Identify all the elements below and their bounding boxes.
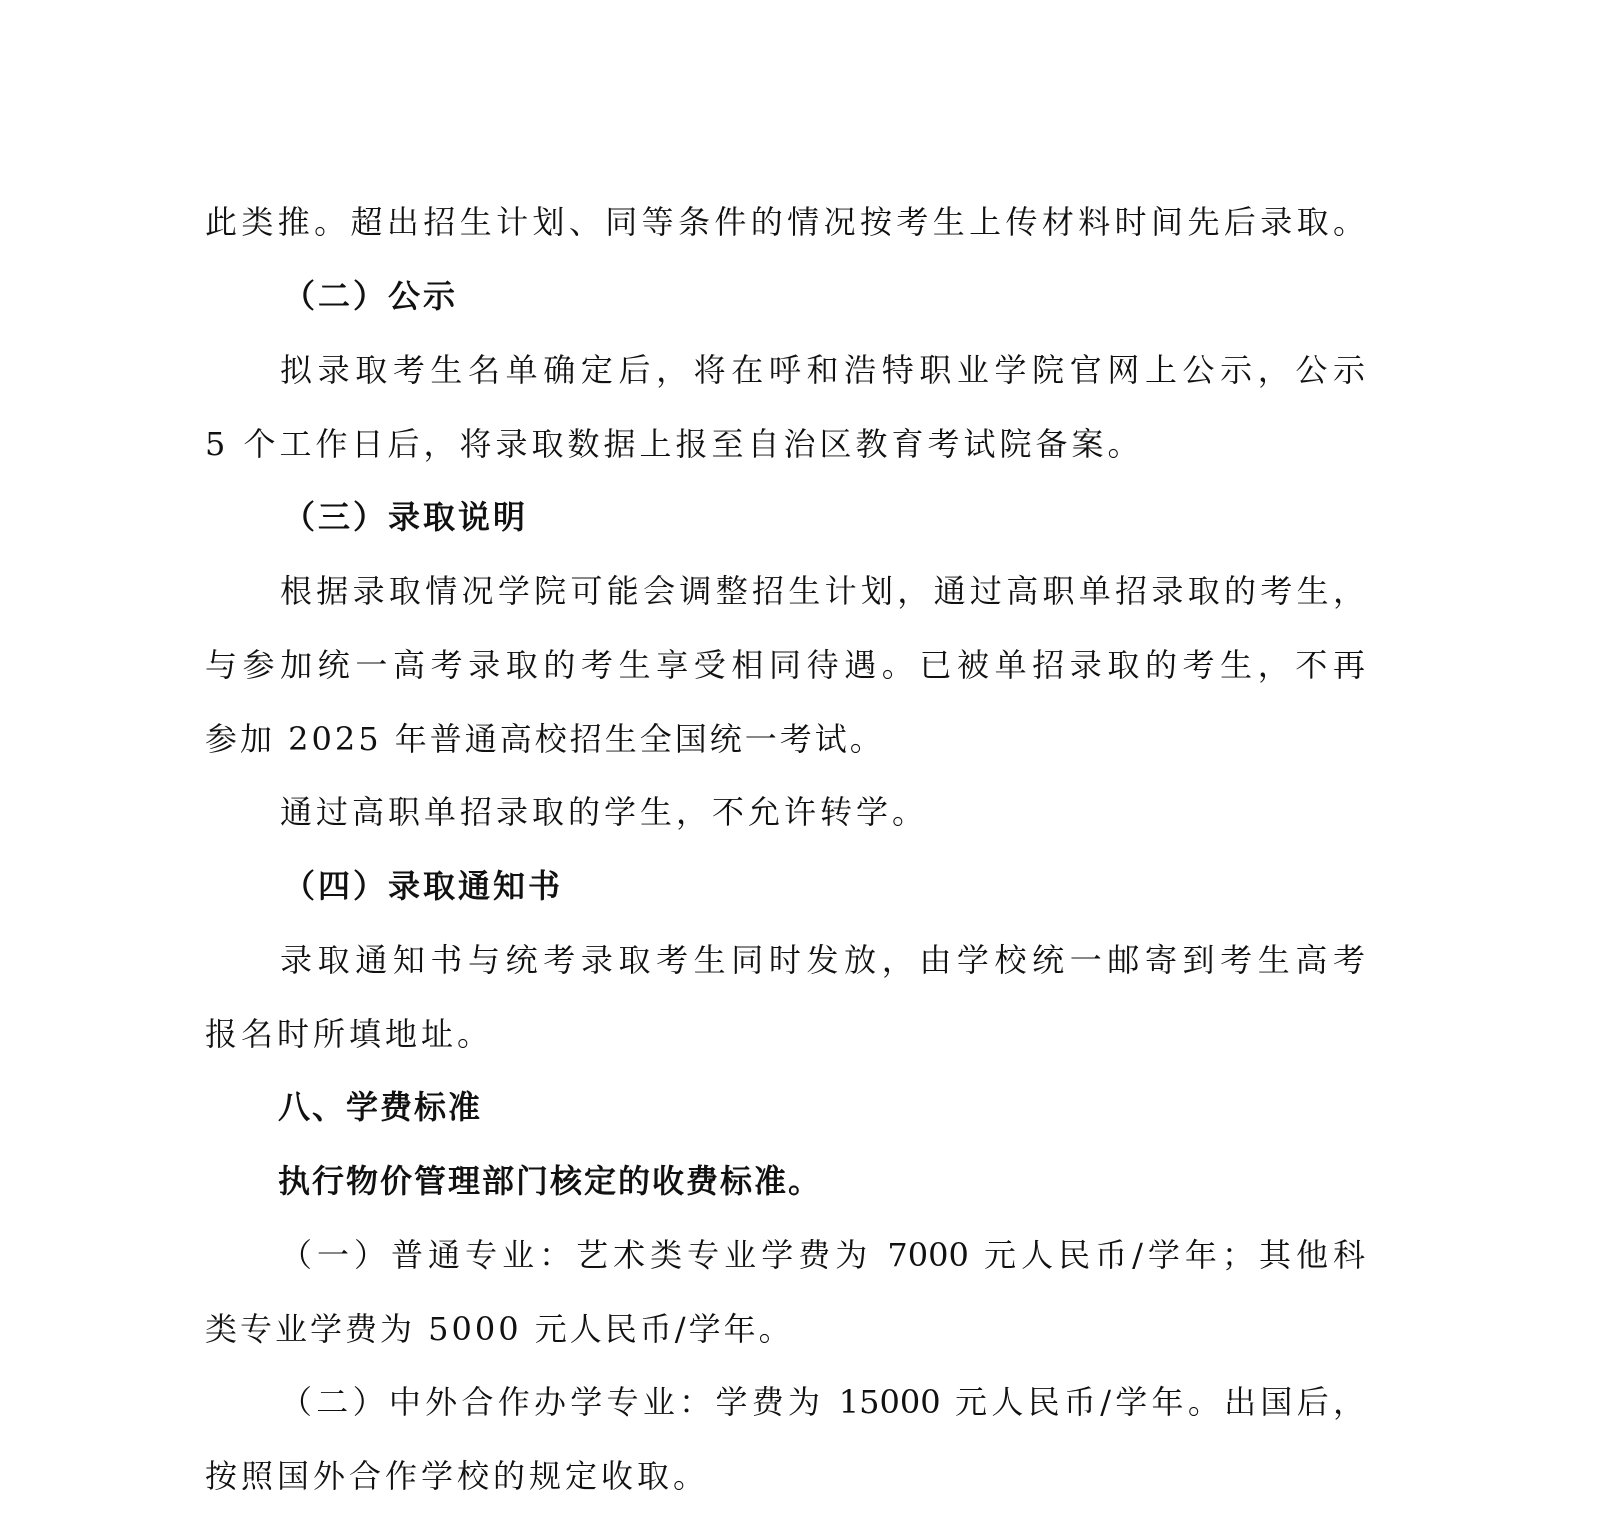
paragraph-line-regular-major-2: 类专业学费为 5000 元人民币/学年。 <box>205 1309 1365 1349</box>
paragraph-line-regular-major-1: （一）普通专业：艺术类专业学费为 7000 元人民币/学年；其他科 <box>280 1235 1365 1275</box>
paragraph-line-notes-1: 根据录取情况学院可能会调整招生计划，通过高职单招录取的考生， <box>280 571 1365 611</box>
paragraph-line-admission-order: 此类推。超出招生计划、同等条件的情况按考生上传材料时间先后录取。 <box>205 202 1365 242</box>
paragraph-fee-standard: 执行物价管理部门核定的收费标准。 <box>278 1161 1438 1201</box>
document-page: 此类推。超出招生计划、同等条件的情况按考生上传材料时间先后录取。 （二）公示 拟… <box>0 0 1600 1533</box>
heading-tuition-standard: 八、学费标准 <box>278 1087 1438 1127</box>
heading-admission-notes: （三）录取说明 <box>283 497 1443 537</box>
paragraph-line-letter-1: 录取通知书与统考录取考生同时发放，由学校统一邮寄到考生高考 <box>280 940 1365 980</box>
paragraph-line-publicity-2: 5 个工作日后，将录取数据上报至自治区教育考试院备案。 <box>205 424 1365 464</box>
paragraph-line-sino-foreign-2: 按照国外合作学校的规定收取。 <box>205 1456 1365 1496</box>
paragraph-line-sino-foreign-1: （二）中外合作办学专业：学费为 15000 元人民币/学年。出国后， <box>280 1382 1365 1422</box>
paragraph-line-notes-3: 参加 2025 年普通高校招生全国统一考试。 <box>205 719 1365 759</box>
heading-admission-letter: （四）录取通知书 <box>283 866 1443 906</box>
paragraph-line-letter-2: 报名时所填地址。 <box>205 1014 1365 1054</box>
paragraph-line-no-transfer: 通过高职单招录取的学生，不允许转学。 <box>280 792 1365 832</box>
paragraph-line-notes-2: 与参加统一高考录取的考生享受相同待遇。已被单招录取的考生，不再 <box>205 645 1365 685</box>
paragraph-line-publicity-1: 拟录取考生名单确定后，将在呼和浩特职业学院官网上公示，公示 <box>280 350 1365 390</box>
heading-publicity: （二）公示 <box>283 276 1443 316</box>
